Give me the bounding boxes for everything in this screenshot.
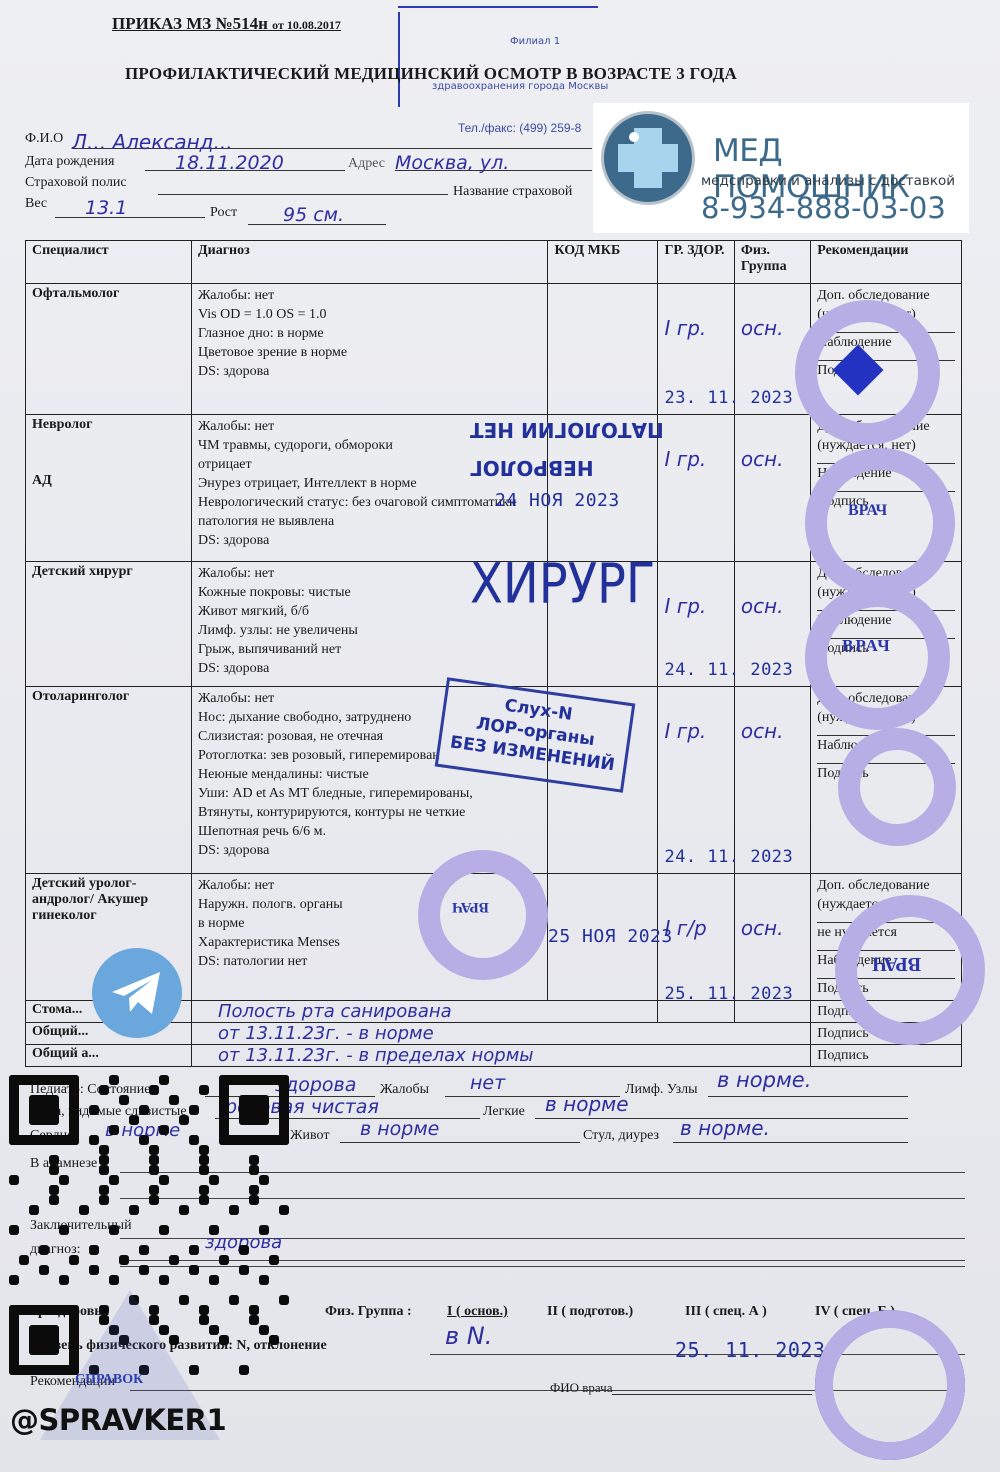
doctor-name-field bbox=[612, 1378, 812, 1395]
address-field: Москва, ул. bbox=[395, 152, 592, 171]
medical-cross-logo-icon bbox=[601, 111, 695, 205]
health-group-cell: I гр.24. 11. 2023 bbox=[658, 562, 734, 687]
doctor-name-label: ФИО врача bbox=[550, 1380, 613, 1396]
ad-phone: 8-934-888-03-03 bbox=[701, 191, 946, 225]
insurer-label: Название страховой bbox=[453, 184, 572, 200]
round-doctor-stamp bbox=[805, 448, 955, 598]
specialist-cell: НеврологАД bbox=[26, 415, 192, 562]
diagnosis-cell: Жалобы: нетVis OD = 1.0 OS = 1.0Глазное … bbox=[192, 284, 548, 415]
specialist-cell: Офтальмолог bbox=[26, 284, 192, 415]
urologist-stamp-date: 25 НОЯ 2023 bbox=[548, 926, 673, 947]
phys-group-cell: осн. bbox=[734, 687, 810, 874]
phys-group-option[interactable]: I ( основ.) bbox=[447, 1304, 508, 1320]
ad-banner: МЕД ПОМОШНИК медсправки и анализы с дост… bbox=[593, 103, 969, 233]
neurologist-stamp-date: 24 НОЯ 2023 bbox=[495, 490, 620, 511]
dob-label: Дата рождения bbox=[25, 154, 115, 170]
surgeon-stamp: ХИРУРГ bbox=[470, 552, 655, 616]
telegram-icon[interactable] bbox=[92, 948, 182, 1038]
dob-field: 18.11.2020 bbox=[145, 152, 345, 171]
specialist-cell: Детский хирург bbox=[26, 562, 192, 687]
col-diagnosis: Диагноз bbox=[192, 241, 548, 284]
policy-label: Страховой полис bbox=[25, 175, 127, 191]
round-doctor-stamp bbox=[815, 1310, 965, 1460]
neurologist-stamp-line1: ПАТОЛОГИИ НЕТ bbox=[470, 418, 664, 442]
mkb-cell bbox=[548, 284, 658, 415]
ad-handle[interactable]: @SPRAVKER1 bbox=[10, 1403, 226, 1437]
health-group-cell: I гр. bbox=[658, 415, 734, 562]
medical-form-page: ПРИКАЗ МЗ №514н от 10.08.2017 Филиал 1 П… bbox=[0, 0, 1000, 1472]
round-doctor-stamp bbox=[838, 728, 956, 846]
health-group-cell: I гр.24. 11. 2023 bbox=[658, 687, 734, 874]
phys-group-option[interactable]: III ( спец. А ) bbox=[685, 1304, 767, 1320]
pediatrician-date: 25. 11. 2023 bbox=[675, 1338, 826, 1362]
ad-tagline: медсправки и анализы с доставкой bbox=[701, 173, 955, 189]
round-doctor-stamp bbox=[805, 585, 950, 730]
order-date: от 10.08.2017 bbox=[272, 18, 341, 32]
triangle-stamp-text: СПРАВОК bbox=[75, 1372, 143, 1388]
phys-group-option[interactable]: II ( подготов.) bbox=[547, 1304, 633, 1320]
col-recommendations: Рекомендации bbox=[811, 241, 962, 284]
stamp-border-line bbox=[398, 12, 400, 107]
phys-group-cell: осн. bbox=[734, 415, 810, 562]
specialist-cell: Отоларинголог bbox=[26, 687, 192, 874]
weight-label: Вес bbox=[25, 196, 47, 212]
stamp-branch: Филиал 1 bbox=[510, 36, 560, 47]
stamp-border-top bbox=[398, 6, 598, 8]
height-label: Рост bbox=[210, 205, 237, 221]
table-row: Общий а... от 13.11.23г. - в пределах но… bbox=[26, 1045, 962, 1067]
col-health-group: ГР. ЗДОР. bbox=[658, 241, 734, 284]
fio-field: Л... Александ... bbox=[72, 130, 592, 149]
col-mkb: КОД МКБ bbox=[548, 241, 658, 284]
col-specialist: Специалист bbox=[26, 241, 192, 284]
policy-field bbox=[158, 178, 448, 195]
table-header-row: Специалист Диагноз КОД МКБ ГР. ЗДОР. Физ… bbox=[26, 241, 962, 284]
height-field: 95 см. bbox=[248, 204, 386, 225]
stamp-dept: здравоохранения города Москвы bbox=[432, 81, 608, 92]
order-title: ПРИКАЗ МЗ №514н от 10.08.2017 bbox=[112, 14, 341, 34]
health-group-cell: I гр.23. 11. 2023 bbox=[658, 284, 734, 415]
phys-group-cell: осн. bbox=[734, 874, 810, 1001]
round-doctor-stamp bbox=[418, 850, 548, 980]
address-label: Адрес bbox=[348, 156, 385, 172]
col-phys-group: Физ. Группа bbox=[734, 241, 810, 284]
page-title: ПРОФИЛАКТИЧЕСКИЙ МЕДИЦИНСКИЙ ОСМОТР В ВО… bbox=[125, 64, 737, 84]
neurologist-stamp-line2: НЕВРОЛОГ bbox=[470, 456, 594, 480]
weight-field: 13.1 bbox=[55, 197, 205, 218]
fio-label: Ф.И.О bbox=[25, 131, 63, 147]
